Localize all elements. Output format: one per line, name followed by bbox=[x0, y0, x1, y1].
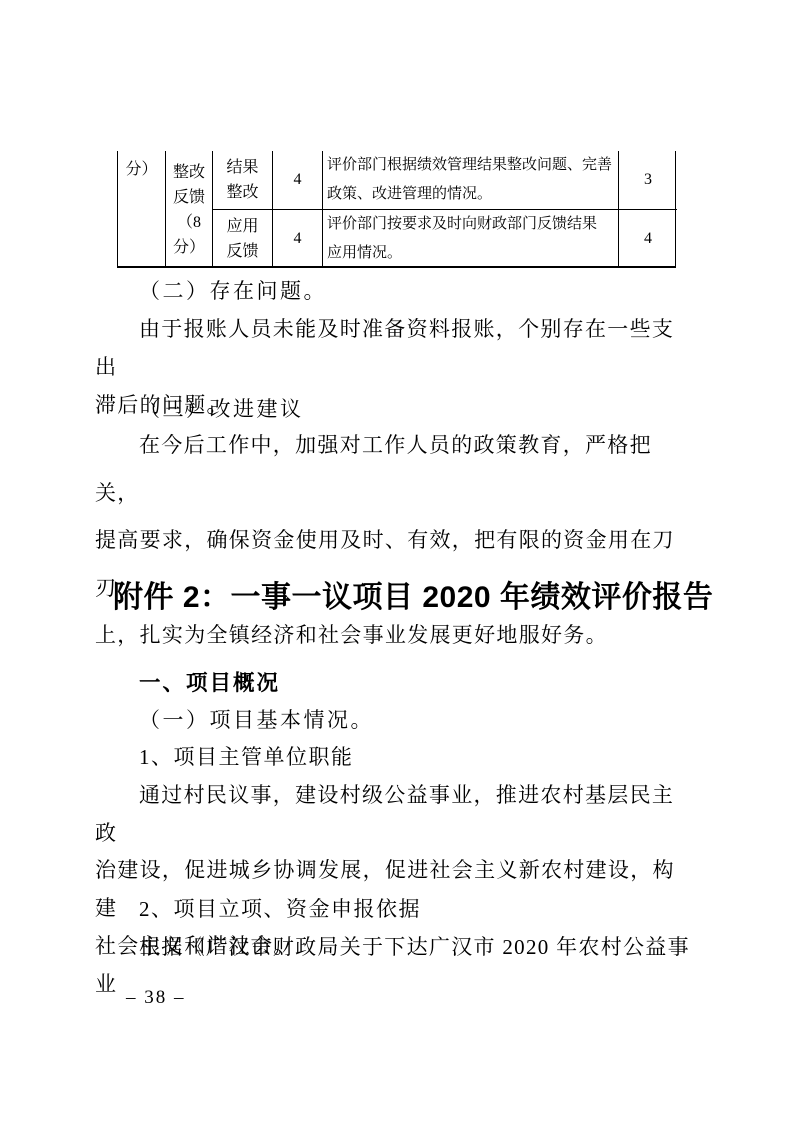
table-cell-score-row2: 4 bbox=[619, 210, 677, 268]
part1-sub-heading: （一）项目基本情况。 bbox=[95, 702, 695, 738]
item2-heading: 2、项目立项、资金申报依据 bbox=[95, 892, 695, 926]
document-page: 分） 整改 反馈 （8 分） 结果 整改 4 评价部门根据绩效管理结果整改问题、… bbox=[0, 0, 793, 1122]
table-cell-score-row1: 3 bbox=[619, 151, 677, 210]
page-number: – 38 – bbox=[126, 986, 186, 1010]
section2-heading: （二）存在问题。 bbox=[95, 272, 695, 310]
table-cell-indicator-row2: 应用 反馈 bbox=[213, 210, 273, 268]
table-cell-group-rectify-feedback: 整改 反馈 （8 分） bbox=[166, 151, 213, 268]
table-cell-weight-row2: 4 bbox=[273, 210, 323, 268]
attachment2-title: 附件 2：一事一议项目 2020 年绩效评价报告 bbox=[113, 576, 713, 620]
table-cell-criteria-row1: 评价部门根据绩效管理结果整改问题、完善 政策、改进管理的情况。 bbox=[323, 151, 619, 210]
table-cell-carryover: 分） bbox=[118, 151, 166, 268]
section3-paragraph: 在今后工作中，加强对工作人员的政策教育，严格把关， 提高要求，确保资金使用及时、… bbox=[95, 422, 695, 660]
table-cell-indicator-row1: 结果 整改 bbox=[213, 151, 273, 210]
part1-heading: 一、项目概况 bbox=[95, 666, 695, 700]
performance-score-table: 分） 整改 反馈 （8 分） 结果 整改 4 评价部门根据绩效管理结果整改问题、… bbox=[117, 151, 676, 268]
table-cell-weight-row1: 4 bbox=[273, 151, 323, 210]
table-cell-criteria-row2: 评价部门按要求及时向财政部门反馈结果 应用情况。 bbox=[323, 210, 619, 268]
item1-heading: 1、项目主管单位职能 bbox=[95, 740, 695, 774]
